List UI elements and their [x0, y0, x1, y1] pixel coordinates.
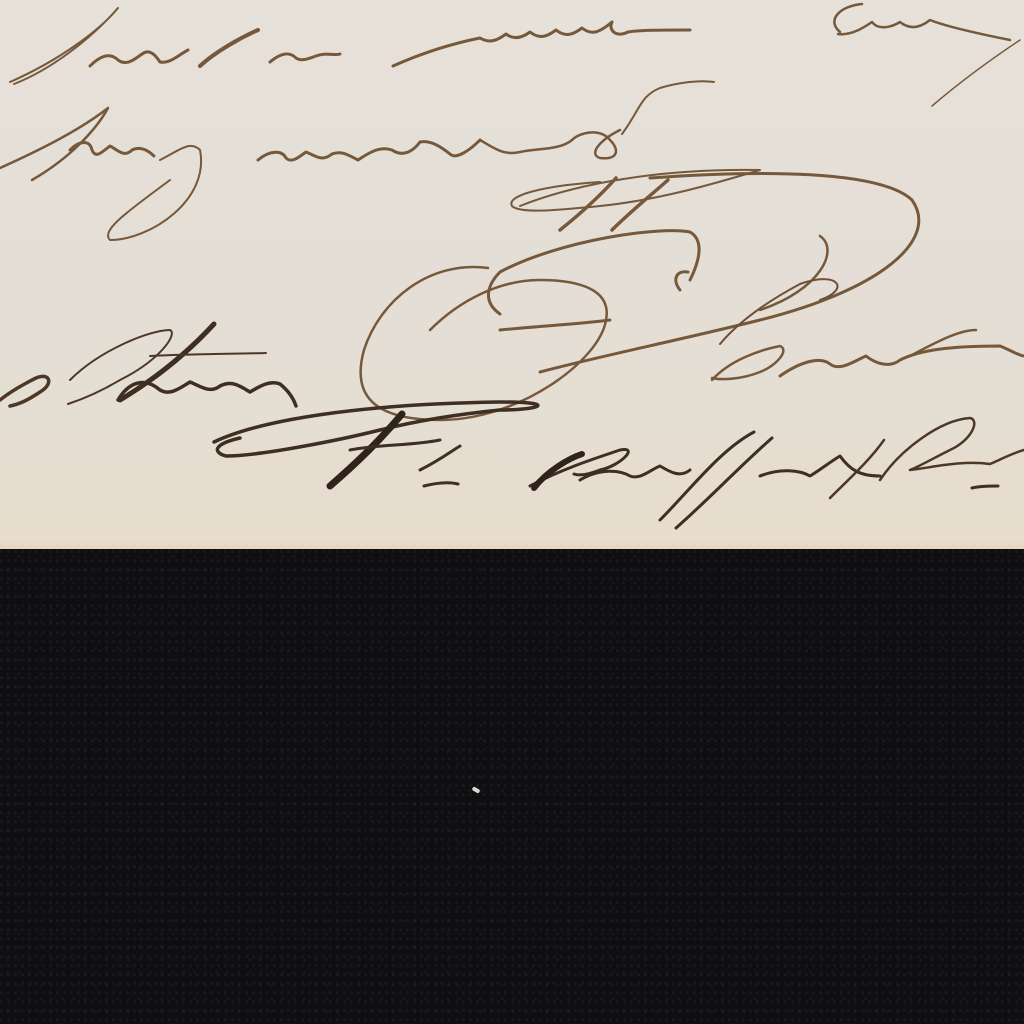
- handwritten-line-2: Arogaenkend: [20, 120, 290, 166]
- signature-stams: Stams: [40, 350, 166, 396]
- signature-flourish: Ed: [480, 200, 535, 246]
- signature-buffa: Fr. Buffa Sm.: [330, 440, 596, 486]
- handwritten-line-1: Inet de meerke Comp: [20, 10, 459, 56]
- paper-bottom-edge: [0, 540, 1024, 549]
- paper-sheet: Inet de meerke Comp Arogaenkend Ed Stams…: [0, 0, 1024, 549]
- black-velvet-background: [0, 549, 1024, 1024]
- signature-roeh: Roeh: [740, 330, 844, 376]
